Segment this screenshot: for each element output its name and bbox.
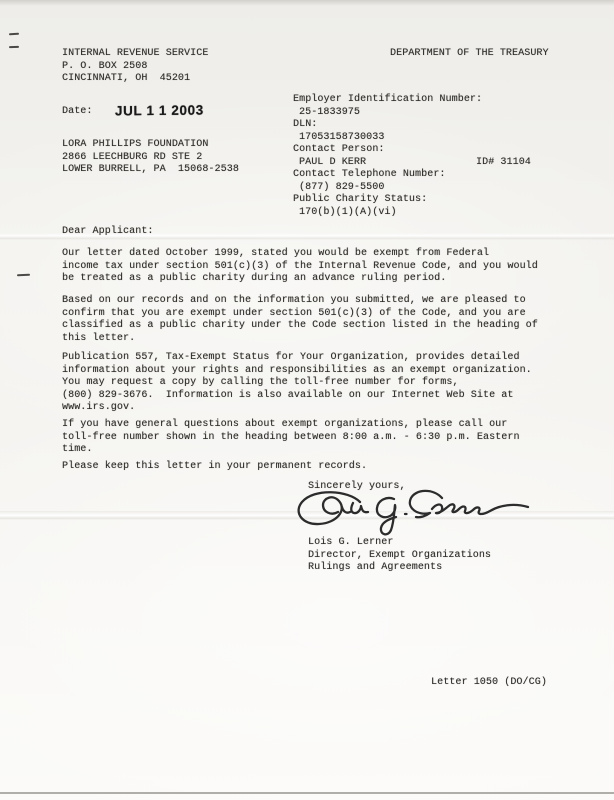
scan-top-edge-shadow (0, 0, 614, 6)
contact-id-number: ID# 31104 (476, 157, 531, 170)
contact-phone-label: Contact Telephone Number: (293, 169, 446, 182)
body-paragraph: If you have general questions about exem… (62, 419, 562, 457)
margin-dash-mark (17, 274, 30, 276)
body-paragraph: Based on our records and on the informat… (62, 295, 562, 345)
recipient-address: LORA PHILLIPS FOUNDATION 2866 LEECHBURG … (62, 139, 239, 177)
public-charity-status-value: 170(b)(1)(A)(vi) (299, 207, 397, 220)
salutation: Dear Applicant: (62, 226, 154, 239)
ein-label: Employer Identification Number: (293, 94, 482, 107)
ein-value: 25-1833975 (299, 107, 360, 120)
contact-phone-value: (877) 829-5500 (299, 182, 384, 195)
body-paragraph: Please keep this letter in your permanen… (62, 461, 562, 474)
department-of-treasury-label: DEPARTMENT OF THE TREASURY (390, 48, 549, 61)
signature-ink-strokes (290, 486, 535, 538)
public-charity-status-label: Public Charity Status: (293, 194, 427, 207)
sender-address: INTERNAL REVENUE SERVICEP. O. BOX 2508CI… (62, 48, 208, 86)
letter-form-number: Letter 1050 (DO/CG) (431, 677, 547, 690)
scan-bottom-edge (0, 792, 614, 794)
margin-dash-mark (9, 46, 19, 48)
signer-name-and-title: Lois G. Lerner Director, Exempt Organiza… (308, 537, 491, 575)
contact-person-value: PAUL D KERR (299, 157, 366, 170)
date-label: Date: (62, 106, 93, 119)
margin-dash-mark (9, 33, 19, 35)
handwritten-signature (290, 486, 535, 538)
scanned-letter-page: INTERNAL REVENUE SERVICEP. O. BOX 2508CI… (0, 0, 614, 800)
dln-label: DLN: (293, 119, 317, 132)
date-stamp: JUL 1 1 2003 (115, 103, 204, 119)
contact-person-label: Contact Person: (293, 144, 385, 157)
body-paragraph: Our letter dated October 1999, stated yo… (62, 248, 562, 286)
dln-value: 17053158730033 (299, 132, 384, 145)
sender-line: CINCINNATI, OH 45201 (62, 73, 190, 84)
body-paragraph: Publication 557, Tax-Exempt Status for Y… (62, 352, 562, 415)
sender-line: INTERNAL REVENUE SERVICE (62, 48, 208, 59)
sender-line: P. O. BOX 2508 (62, 61, 147, 72)
